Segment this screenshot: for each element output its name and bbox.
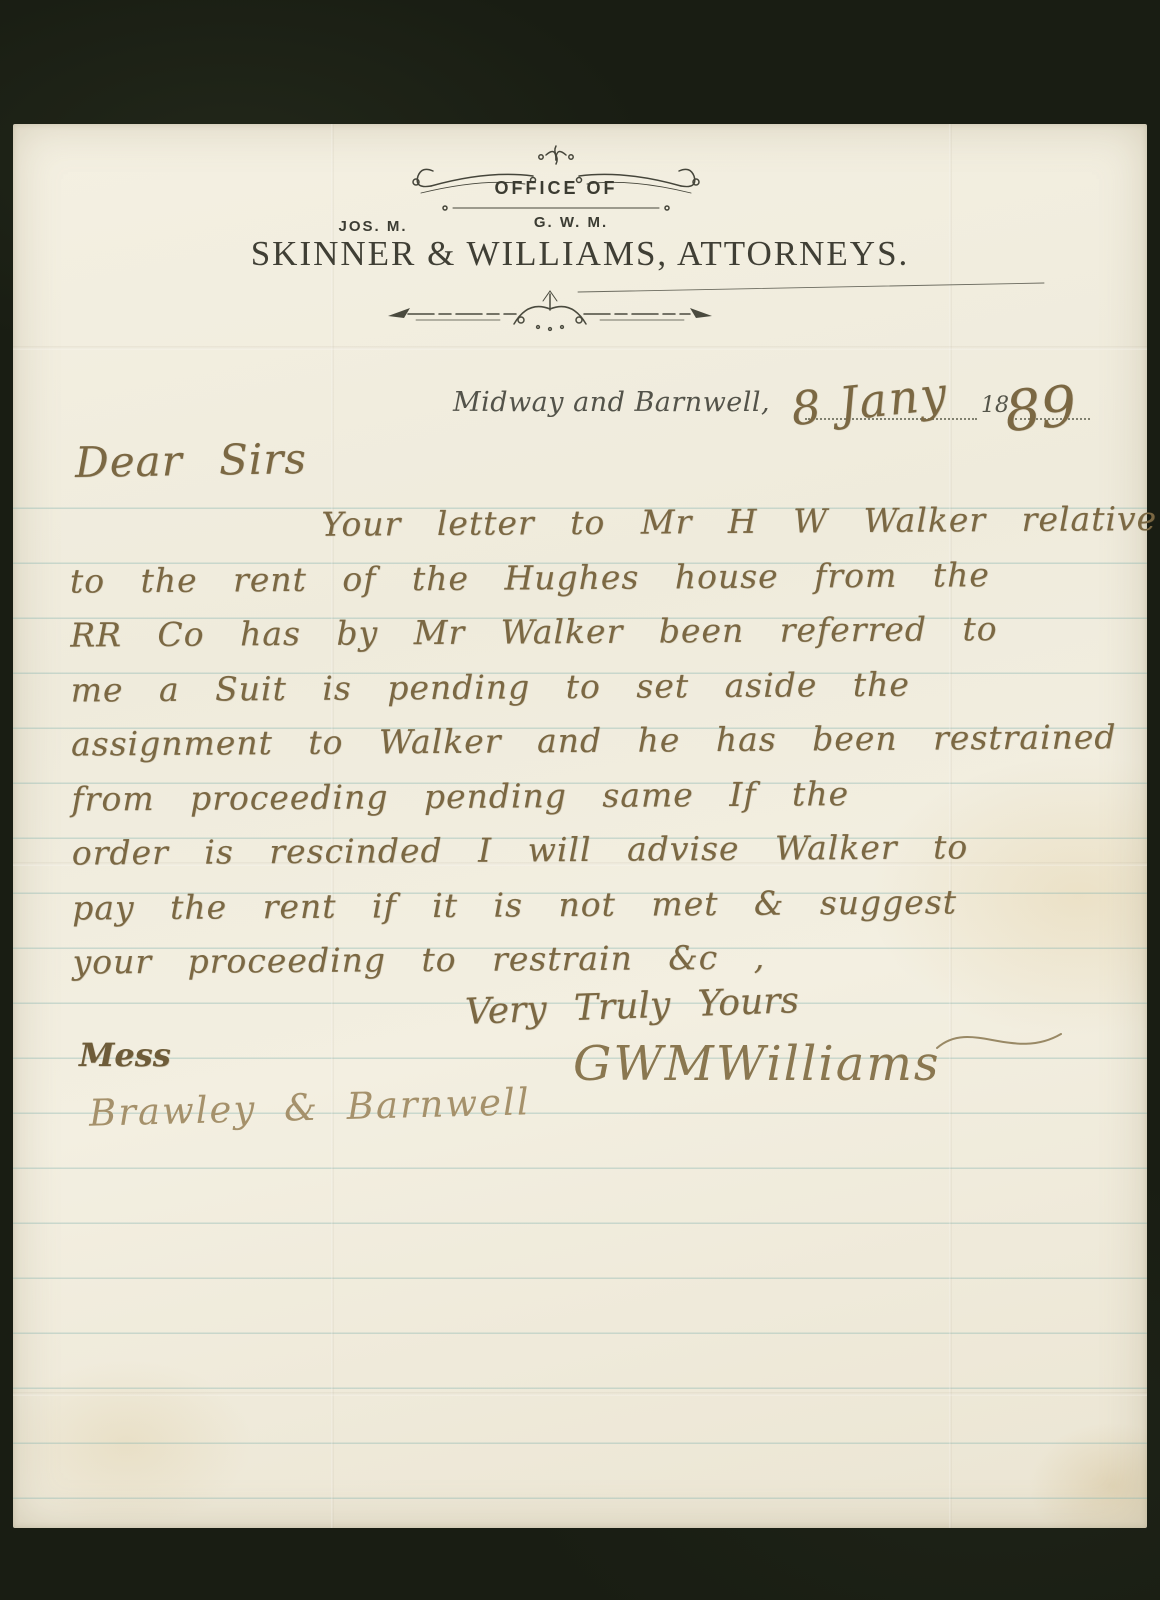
letterhead-divider-icon: [238, 276, 1058, 338]
dateline: Midway and Barnwell, 18 8 Jany 89: [453, 348, 1133, 428]
body-line: assignment to Walker and he has been res…: [71, 710, 1091, 772]
firm-name: SKINNER & WILLIAMS, ATTORNEYS.: [13, 234, 1147, 274]
partner-initials-left: JOS. M.: [313, 218, 433, 235]
signature: GWMWilliams: [573, 1036, 941, 1092]
partner-initials-right: G. W. M.: [511, 214, 631, 231]
addressee-name: Brawley & Barnwell: [89, 1080, 532, 1135]
letter-body: Your letter to Mr H W Walker relative to…: [69, 492, 1092, 990]
signature-row: GWMWilliams: [573, 1022, 1065, 1092]
body-line: pay the rent if it is not met & suggest: [72, 874, 1092, 936]
body-line: Your letter to Mr H W Walker relative: [69, 492, 1089, 554]
office-of-label: OFFICE OF: [383, 178, 729, 199]
salutation: Dear Sirs: [75, 434, 308, 487]
body-line: me a Suit is pending to set aside the: [70, 656, 1090, 718]
body-line: your proceeding to restrain &c ,: [72, 928, 1092, 990]
body-line: order is rescinded I will advise Walker …: [72, 819, 1092, 881]
letter-paper: OFFICE OF JOS. M. G. W. M. SKINNER & WIL…: [13, 124, 1147, 1528]
body-line: to the rent of the Hughes house from the: [70, 547, 1090, 609]
signature-flourish-icon: [935, 1022, 1065, 1062]
place-name-printed: Midway and Barnwell,: [453, 387, 770, 418]
handwritten-day-month: 8 Jany: [789, 366, 951, 436]
addressee-prefix: Mess: [79, 1036, 171, 1074]
fold-crease-horizontal: [13, 1392, 1147, 1396]
body-line: from proceeding pending same If the: [71, 765, 1091, 827]
office-of-ornament: OFFICE OF: [383, 142, 729, 220]
handwritten-year: 89: [1002, 374, 1079, 445]
body-line: RR Co has by Mr Walker been referred to: [70, 601, 1090, 663]
